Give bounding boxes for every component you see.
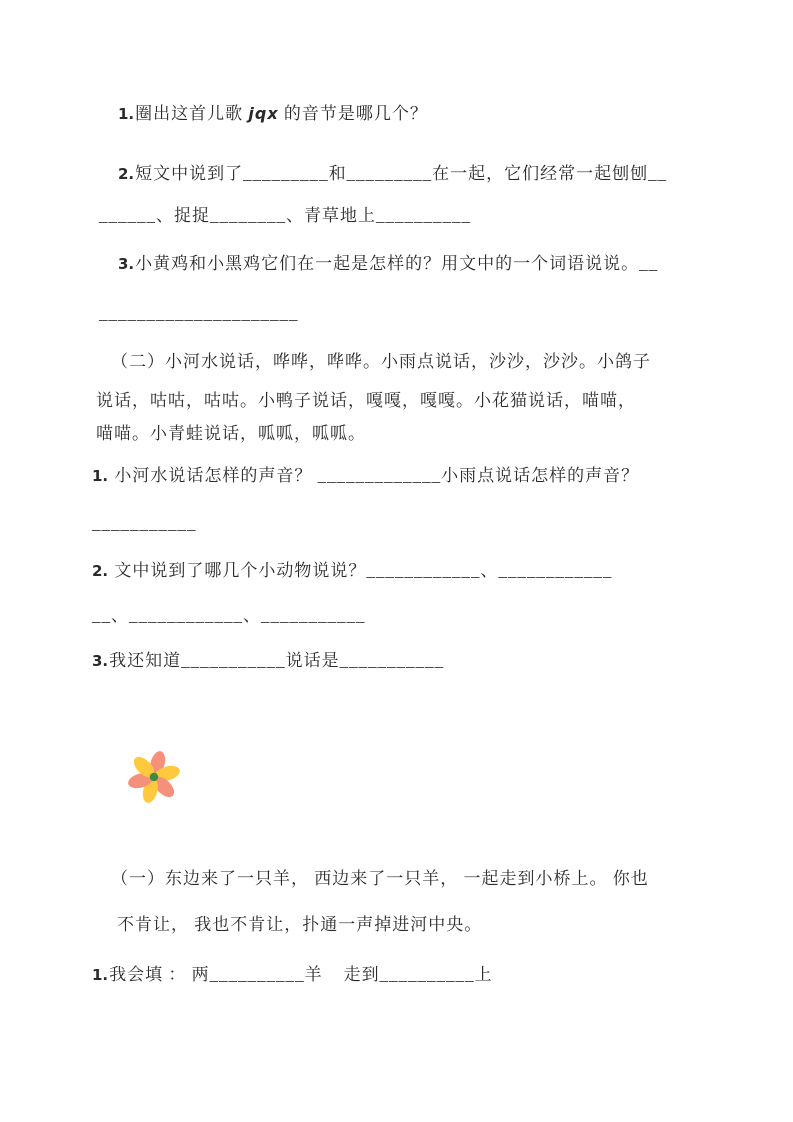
passage-text: （二）小河水说话，哗哗，哗哗。小雨点说话，沙沙，沙沙。小鸽子 — [111, 352, 651, 371]
passage-text: （一）东边来了一只羊， 西边来了一只羊， 一起走到小桥上。 你也 — [111, 869, 649, 888]
passage-text: 说话，咕咕，咕咕。小鸭子说话，嘎嘎，嘎嘎。小花猫说话，喵喵， — [96, 391, 636, 410]
part3-passage-line2: 不肯让， 我也不肯让，扑通一声掉进河中央。 — [117, 914, 482, 936]
blank-line: __、____________、___________ — [92, 606, 366, 625]
question-text: 的音节是哪几个？ — [279, 104, 428, 123]
flower-icon — [126, 749, 182, 805]
question-text: 小河水说话怎样的声音？ _____________小雨点说话怎样的声音？ — [109, 466, 639, 485]
flower-center — [150, 773, 158, 781]
part2-question-1-line2: ___________ — [92, 513, 197, 535]
blank-line: ___________ — [92, 514, 197, 533]
part2-question-2-line1: 2. 文中说到了哪几个小动物说说？____________、__________… — [92, 560, 612, 582]
pinyin-text: jqx — [248, 104, 278, 123]
part2-passage-line3: 喵喵。小青蛙说话，呱呱，呱呱。 — [96, 423, 366, 445]
question-text: 我会填 ： 两__________羊 走到__________上 — [109, 965, 493, 984]
question-number: 3. — [92, 652, 109, 670]
question-number: 2. — [92, 562, 109, 580]
part1-question-3-line1: 3.小黄鸡和小黑鸡它们在一起是怎样的？用文中的一个词语说说。__ — [118, 253, 658, 275]
part3-question-1-line1: 1.我会填 ： 两__________羊 走到__________上 — [92, 964, 493, 986]
question-text: ______、捉捉________、青草地上__________ — [99, 206, 471, 225]
blank-line: _____________________ — [99, 304, 299, 323]
part1-question-3-answer-blank: _____________________ — [99, 303, 299, 325]
passage-text: 不肯让， 我也不肯让，扑通一声掉进河中央。 — [117, 915, 482, 934]
part1-question-2-line2: ______、捉捉________、青草地上__________ — [99, 205, 471, 227]
part2-question-1-line1: 1. 小河水说话怎样的声音？ _____________小雨点说话怎样的声音？ — [92, 465, 639, 487]
question-text: 圈出这首儿歌 — [135, 104, 248, 123]
passage-text: 喵喵。小青蛙说话，呱呱，呱呱。 — [96, 424, 366, 443]
question-text: 文中说到了哪几个小动物说说？____________、____________ — [109, 561, 612, 580]
part2-passage-line2: 说话，咕咕，咕咕。小鸭子说话，嘎嘎，嘎嘎。小花猫说话，喵喵， — [96, 390, 636, 412]
worksheet-page: 1.圈出这首儿歌 jqx 的音节是哪几个？ 2.短文中说到了_________和… — [0, 0, 793, 1122]
part2-question-3-line1: 3.我还知道___________说话是___________ — [92, 650, 444, 672]
part1-question-2-line1: 2.短文中说到了_________和_________在一起，它们经常一起刨刨_… — [118, 163, 667, 185]
question-text: 短文中说到了_________和_________在一起，它们经常一起刨刨__ — [135, 164, 667, 183]
question-number: 1. — [118, 105, 135, 123]
part1-question-1: 1.圈出这首儿歌 jqx 的音节是哪几个？ — [118, 103, 428, 125]
question-number: 2. — [118, 165, 135, 183]
question-number: 3. — [118, 255, 135, 273]
part2-question-2-line2: __、____________、___________ — [92, 605, 366, 627]
part2-passage-line1: （二）小河水说话，哗哗，哗哗。小雨点说话，沙沙，沙沙。小鸽子 — [111, 351, 651, 373]
question-number: 1. — [92, 966, 109, 984]
question-number: 1. — [92, 467, 109, 485]
question-text: 我还知道___________说话是___________ — [109, 651, 444, 670]
question-text: 小黄鸡和小黑鸡它们在一起是怎样的？用文中的一个词语说说。__ — [135, 254, 658, 273]
part3-passage-line1: （一）东边来了一只羊， 西边来了一只羊， 一起走到小桥上。 你也 — [111, 868, 649, 890]
